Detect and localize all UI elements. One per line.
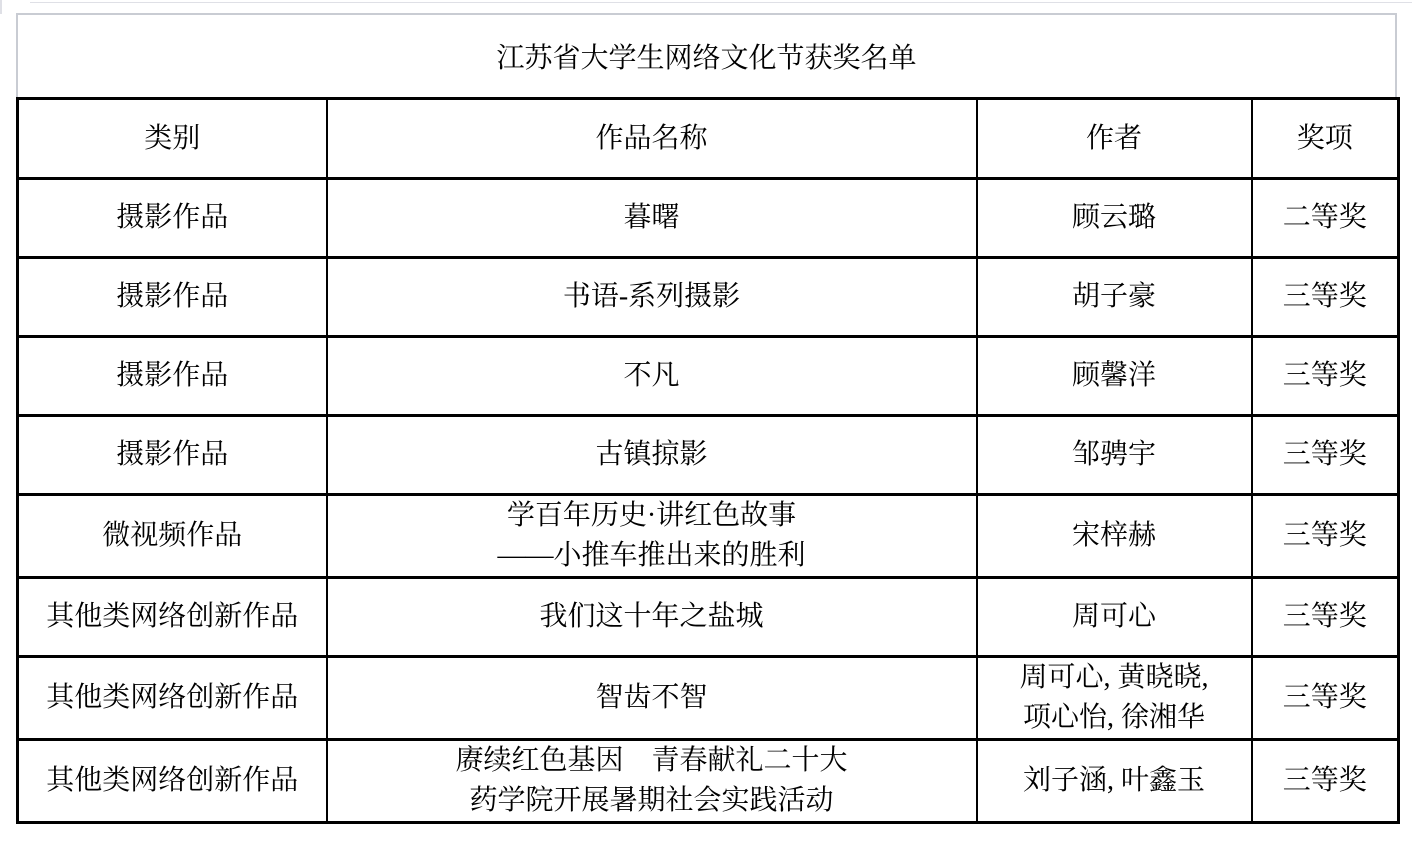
cell-work: 书语-系列摄影: [327, 258, 977, 337]
cell-category: 其他类网络创新作品: [18, 578, 327, 657]
cell-author: 周可心: [977, 578, 1252, 657]
cell-award: 三等奖: [1252, 495, 1399, 578]
column-header-category: 类别: [18, 99, 327, 179]
cell-award: 三等奖: [1252, 416, 1399, 495]
cell-author: 胡子豪: [977, 258, 1252, 337]
table-row: 摄影作品 书语-系列摄影 胡子豪 三等奖: [18, 258, 1399, 337]
cell-work: 赓续红色基因 青春献礼二十大 药学院开展暑期社会实践活动: [327, 740, 977, 823]
cell-work: 学百年历史·讲红色故事 ——小推车推出来的胜利: [327, 495, 977, 578]
table-row: 摄影作品 不凡 顾馨洋 三等奖: [18, 337, 1399, 416]
cell-award: 三等奖: [1252, 657, 1399, 740]
cell-work: 古镇掠影: [327, 416, 977, 495]
cell-work: 不凡: [327, 337, 977, 416]
cell-award: 三等奖: [1252, 740, 1399, 823]
cell-author: 顾馨洋: [977, 337, 1252, 416]
cell-author: 邹骋宇: [977, 416, 1252, 495]
table-row: 摄影作品 古镇掠影 邹骋宇 三等奖: [18, 416, 1399, 495]
document-title-cell: 江苏省大学生网络文化节获奖名单: [16, 13, 1397, 97]
table-row: 摄影作品 暮曙 顾云璐 二等奖: [18, 179, 1399, 258]
table-row: 微视频作品 学百年历史·讲红色故事 ——小推车推出来的胜利 宋梓赫 三等奖: [18, 495, 1399, 578]
cell-work: 智齿不智: [327, 657, 977, 740]
cell-category: 微视频作品: [18, 495, 327, 578]
awards-table: 类别 作品名称 作者 奖项 摄影作品 暮曙 顾云璐 二等奖 摄影作品 书语-系列…: [16, 97, 1400, 824]
cell-category: 摄影作品: [18, 416, 327, 495]
cell-author: 周可心, 黄晓晓, 项心怡, 徐湘华: [977, 657, 1252, 740]
cell-category: 其他类网络创新作品: [18, 740, 327, 823]
column-header-work: 作品名称: [327, 99, 977, 179]
sheet-grid-topline: [30, 2, 1412, 3]
cell-author: 刘子涵, 叶鑫玉: [977, 740, 1252, 823]
column-header-award: 奖项: [1252, 99, 1399, 179]
cell-award: 三等奖: [1252, 578, 1399, 657]
page-title: 江苏省大学生网络文化节获奖名单: [496, 36, 916, 76]
cell-category: 其他类网络创新作品: [18, 657, 327, 740]
table-row: 其他类网络创新作品 赓续红色基因 青春献礼二十大 药学院开展暑期社会实践活动 刘…: [18, 740, 1399, 823]
cell-award: 三等奖: [1252, 258, 1399, 337]
column-header-author: 作者: [977, 99, 1252, 179]
sheet-grid-edge-tick: [0, 0, 2, 14]
cell-category: 摄影作品: [18, 179, 327, 258]
cell-category: 摄影作品: [18, 258, 327, 337]
cell-work: 暮曙: [327, 179, 977, 258]
cell-award: 二等奖: [1252, 179, 1399, 258]
cell-award: 三等奖: [1252, 337, 1399, 416]
table-row: 其他类网络创新作品 我们这十年之盐城 周可心 三等奖: [18, 578, 1399, 657]
cell-author: 宋梓赫: [977, 495, 1252, 578]
table-header-row: 类别 作品名称 作者 奖项: [18, 99, 1399, 179]
cell-category: 摄影作品: [18, 337, 327, 416]
table-row: 其他类网络创新作品 智齿不智 周可心, 黄晓晓, 项心怡, 徐湘华 三等奖: [18, 657, 1399, 740]
cell-work: 我们这十年之盐城: [327, 578, 977, 657]
cell-author: 顾云璐: [977, 179, 1252, 258]
